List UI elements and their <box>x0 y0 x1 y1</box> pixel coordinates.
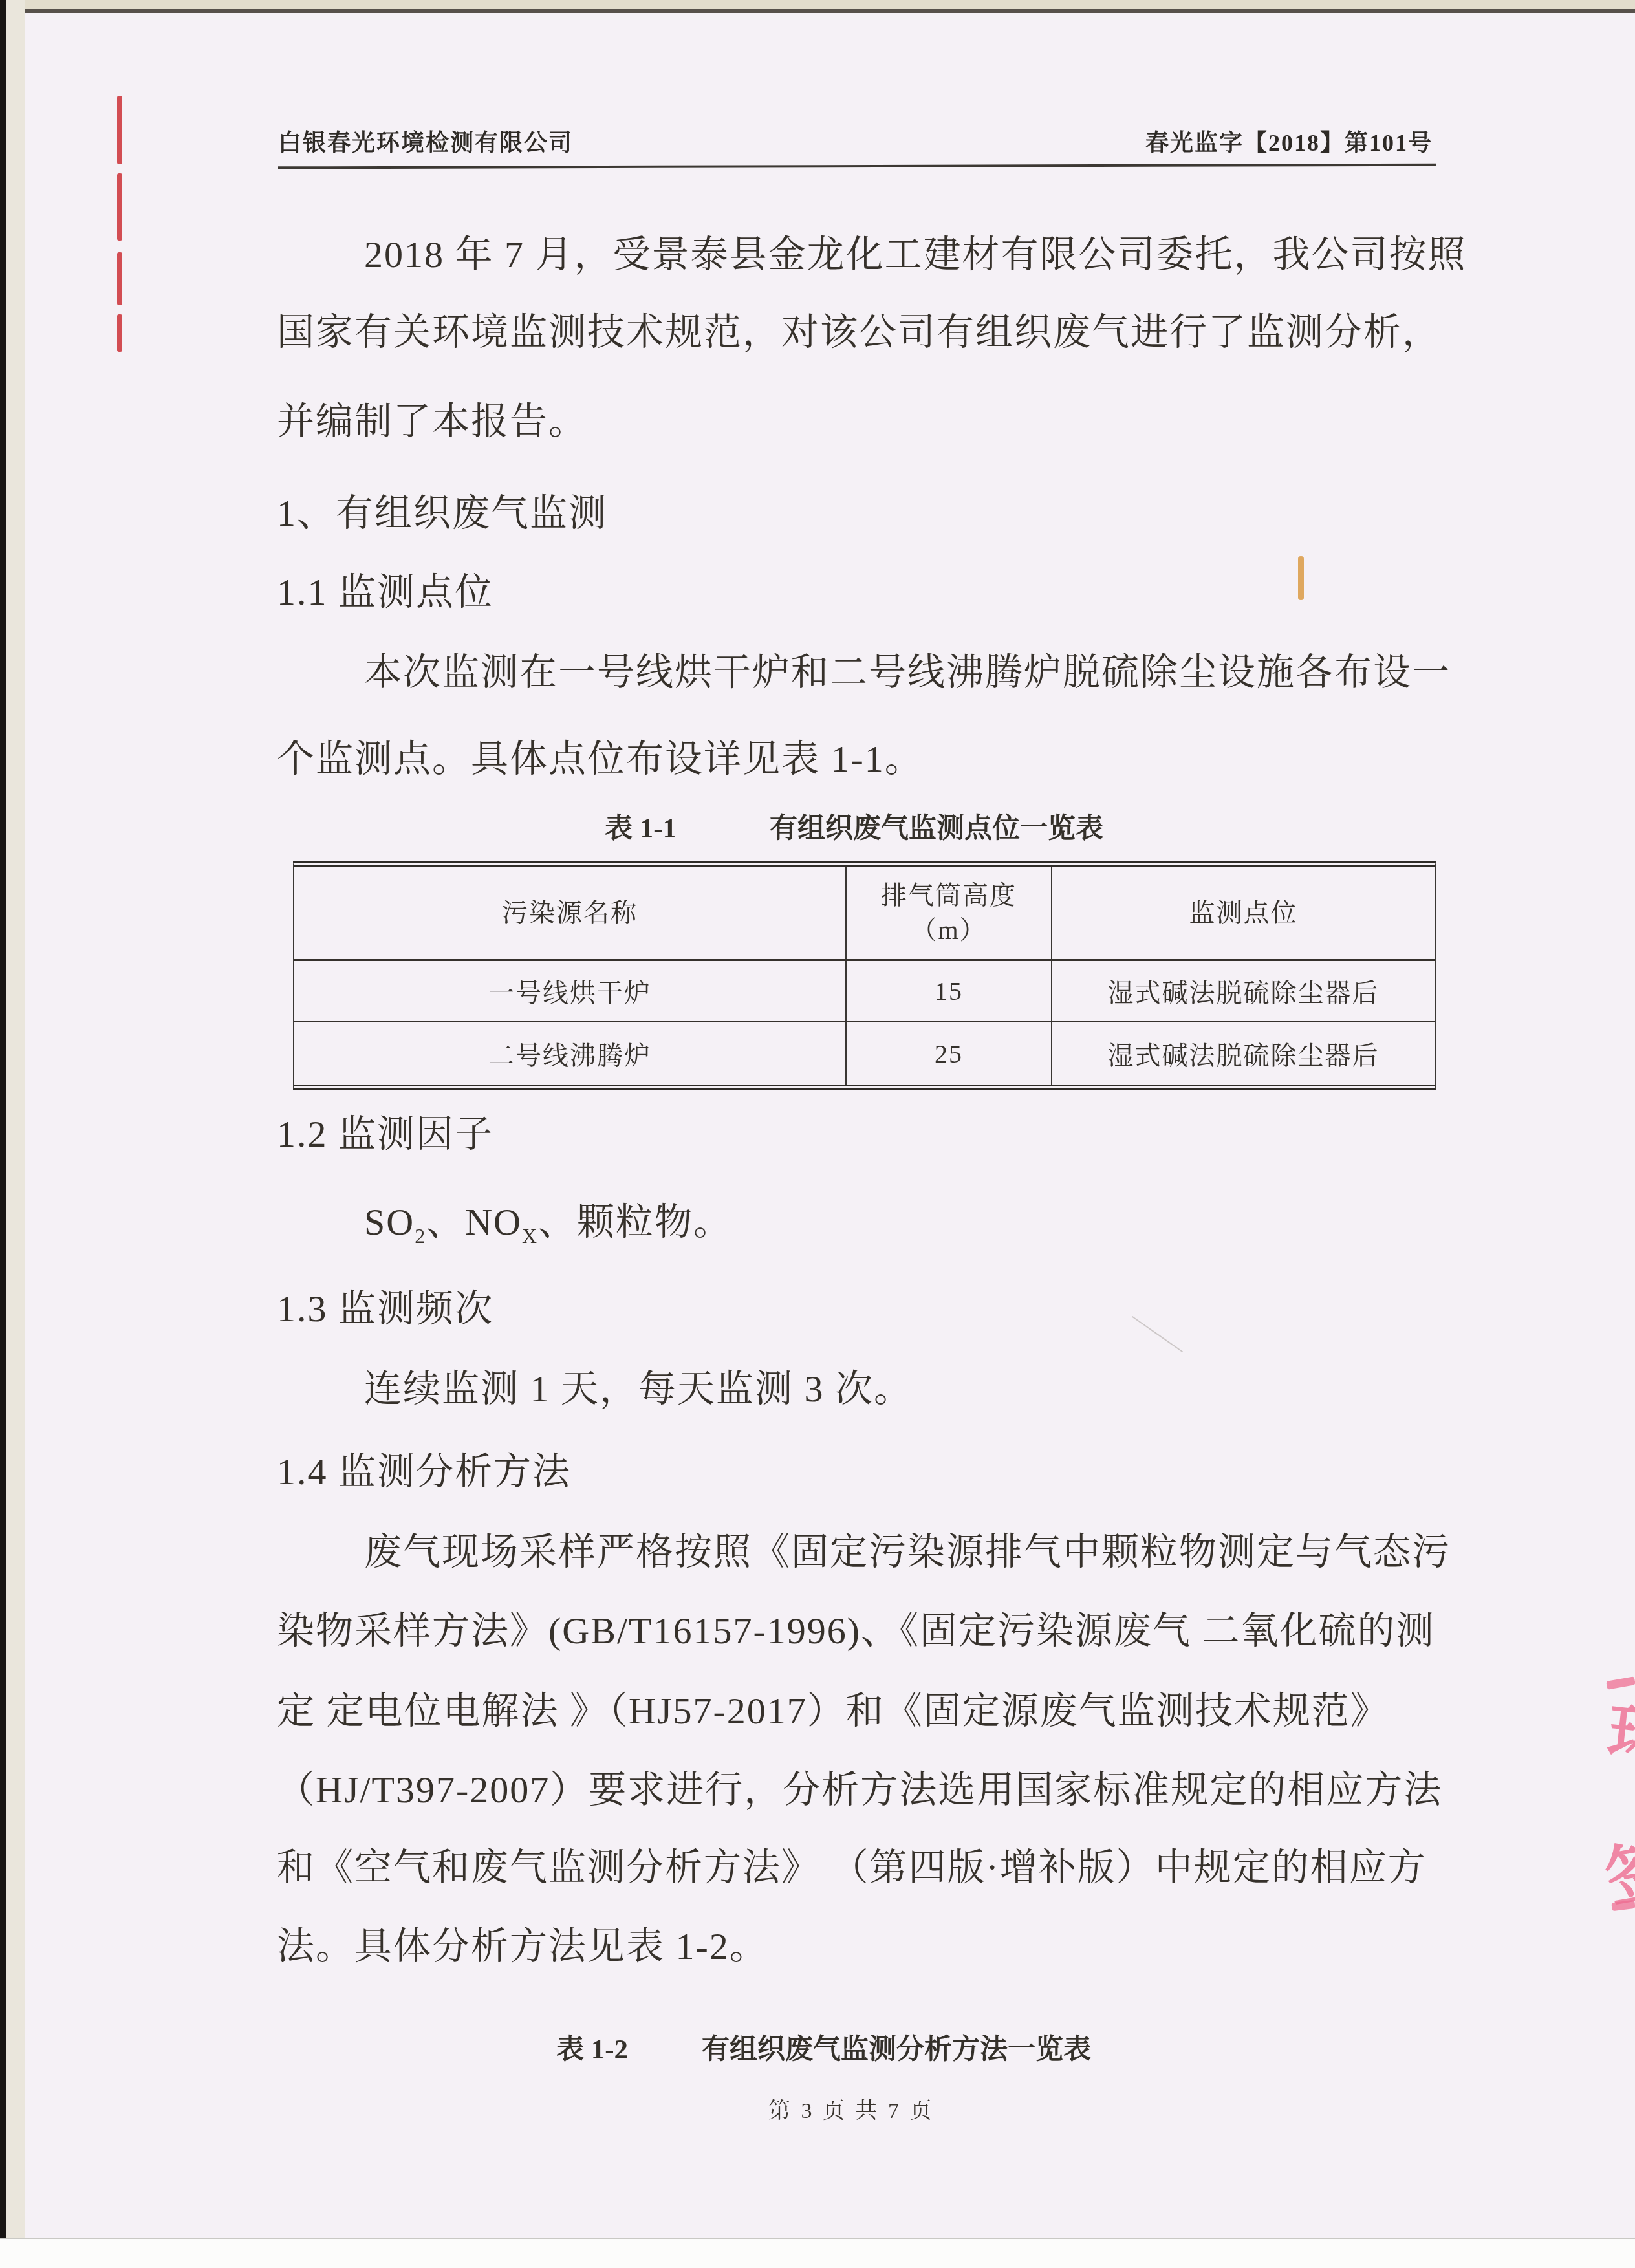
header-company: 白银春光环境检测有限公司 <box>278 128 573 158</box>
factor-separator: 、 <box>426 1201 465 1243</box>
section-1-heading: 1、有组织废气监测 <box>277 493 607 534</box>
scan-edge-left-black <box>0 0 6 2239</box>
orange-pen-mark <box>1298 556 1304 600</box>
section-1-2-heading: 1.2 监测因子 <box>277 1114 493 1155</box>
para2-line-2: 个监测点。具体点位布设详见表 1-1。 <box>277 739 924 780</box>
intro-line-3: 并编制了本报告。 <box>277 401 587 442</box>
cell-point-1: 湿式碱法脱硫除尘器后 <box>1052 961 1435 1022</box>
column-header-pollution-source: 污染源名称 <box>294 867 847 959</box>
methods-line-1: 废气现场采样严格按照《固定污染源排气中颗粒物测定与气态污 <box>364 1531 1451 1573</box>
table-row: 一号线烘干炉 15 湿式碱法脱硫除尘器后 <box>294 961 1435 1022</box>
header-doc-number: 春光监字【2018】第101号 <box>1145 128 1433 158</box>
stack-height-label-line1: 排气筒高度 <box>881 878 1017 913</box>
table-1-1: 污染源名称 排气筒高度 （m） 监测点位 一号线烘干炉 15 湿式碱法脱硫除尘器… <box>293 861 1436 1090</box>
table-1-1-caption-title: 有组织废气监测点位一览表 <box>770 812 1103 846</box>
column-header-stack-height: 排气筒高度 （m） <box>847 867 1052 959</box>
factor-so2: SO <box>364 1201 415 1243</box>
section-1-4-heading: 1.4 监测分析方法 <box>277 1451 571 1493</box>
methods-line-2: 染物采样方法》(GB/T16157-1996)、《固定污染源废气 二氧化硫的测 <box>277 1610 1435 1652</box>
factor-nox: NO <box>465 1201 522 1243</box>
cell-point-2: 湿式碱法脱硫除尘器后 <box>1052 1022 1435 1085</box>
cell-height-1: 15 <box>847 961 1052 1022</box>
stack-height-label-line2: （m） <box>911 913 986 948</box>
margin-red-dash-1 <box>117 96 122 164</box>
footer-page-number: 第 3 页 共 7 页 <box>768 2093 935 2124</box>
frequency-line: 连续监测 1 天，每天监测 3 次。 <box>364 1368 913 1410</box>
margin-red-dash-2 <box>117 173 122 241</box>
methods-line-6: 法。具体分析方法见表 1-2。 <box>277 1926 768 1967</box>
monitoring-factors-line: SO2、NOX、颗粒物。 <box>364 1202 732 1243</box>
factor-nox-subscript: X <box>522 1225 538 1247</box>
table-1-1-header-row: 污染源名称 排气筒高度 （m） 监测点位 <box>294 867 1435 961</box>
cell-source-1: 一号线烘干炉 <box>294 961 847 1022</box>
factor-so2-subscript: 2 <box>415 1225 426 1247</box>
intro-line-2: 国家有关环境监测技术规范，对该公司有组织废气进行了监测分析， <box>277 312 1441 353</box>
section-1-3-heading: 1.3 监测频次 <box>277 1288 493 1330</box>
factor-particulate: 、颗粒物。 <box>538 1201 732 1243</box>
table-1-2-caption-label: 表 1-2 <box>556 2033 628 2067</box>
column-header-monitoring-point: 监测点位 <box>1052 867 1435 959</box>
section-1-1-heading: 1.1 监测点位 <box>277 572 493 613</box>
para2-line-1: 本次监测在一号线烘干炉和二号线沸腾炉脱硫除尘设施各布设一 <box>364 652 1451 693</box>
scanned-report-page: 白银春光环境检测有限公司 春光监字【2018】第101号 2018 年 7 月，… <box>0 0 1635 2268</box>
table-1-1-caption-label: 表 1-1 <box>605 812 677 846</box>
scan-edge-bottom <box>0 2238 1635 2268</box>
methods-line-5: 和《空气和废气监测分析方法》 （第四版·增补版）中规定的相应方 <box>277 1847 1427 1888</box>
table-row: 二号线沸腾炉 25 湿式碱法脱硫除尘器后 <box>294 1022 1435 1085</box>
scan-edge-top <box>0 0 1635 10</box>
methods-line-4: （HJ/T397-2007）要求进行，分析方法选用国家标准规定的相应方法 <box>277 1769 1442 1811</box>
intro-line-1: 2018 年 7 月，受景泰县金龙化工建材有限公司委托，我公司按照 <box>364 234 1467 275</box>
table-1-2-caption-title: 有组织废气监测分析方法一览表 <box>702 2033 1091 2067</box>
margin-red-dash-3 <box>117 252 122 305</box>
methods-line-3: 定 定电位电解法 》（HJ57-2017）和《固定源废气监测技术规范》 <box>277 1690 1389 1732</box>
margin-red-dash-4 <box>117 314 122 352</box>
scan-edge-left-beige <box>6 0 25 2239</box>
cell-source-2: 二号线沸腾炉 <box>294 1022 847 1085</box>
cell-height-2: 25 <box>847 1022 1052 1085</box>
